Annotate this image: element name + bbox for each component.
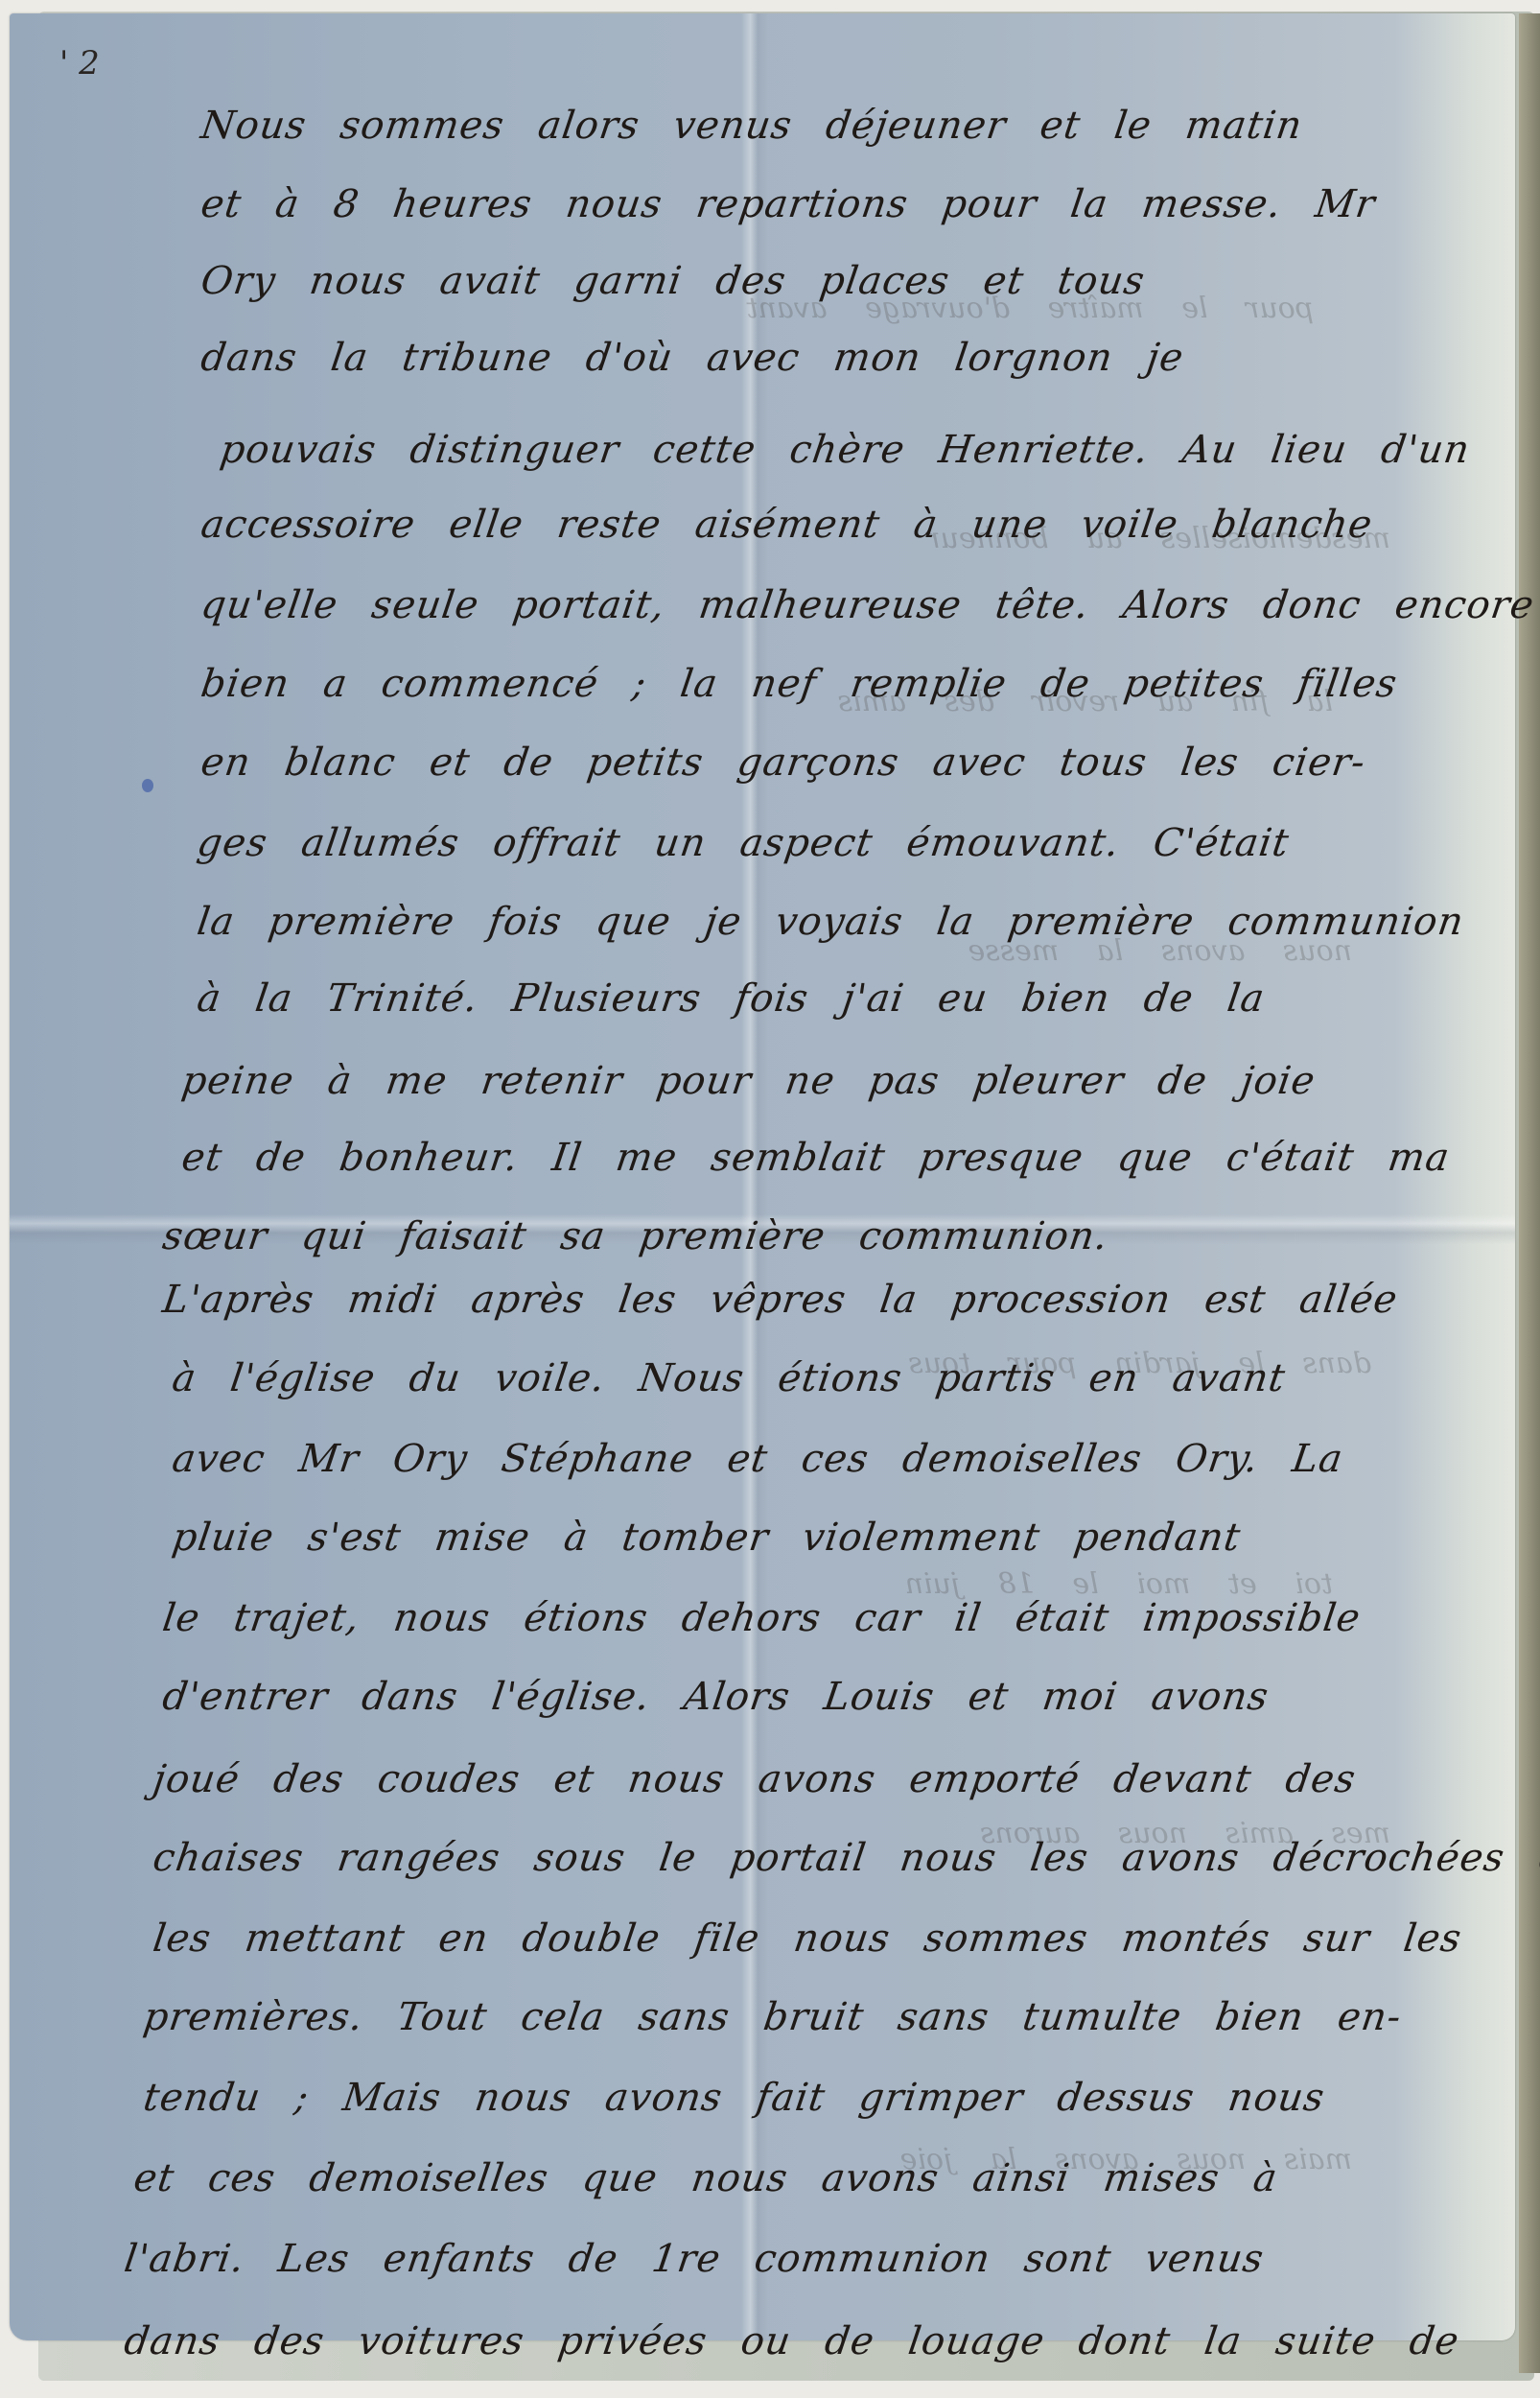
text-line: à la Trinité. Plusieurs fois j'ai eu bie… <box>195 976 1540 1021</box>
text-line: dans des voitures privées ou de louage d… <box>122 2319 1540 2363</box>
text-line: en blanc et de petits garçons avec tous … <box>198 741 1540 785</box>
text-line: d'entrer dans l'église. Alors Louis et m… <box>160 1675 1540 1719</box>
text-line: tendu ; Mais nous avons fait grimper des… <box>141 2076 1540 2120</box>
text-line: pluie s'est mise à tomber violemment pen… <box>170 1516 1540 1560</box>
text-line: L'après midi après les vêpres la process… <box>160 1278 1540 1322</box>
text-line: accessoire elle reste aisément à une voi… <box>198 503 1540 547</box>
text-line: dans la tribune d'où avec mon lorgnon je <box>198 336 1540 380</box>
text-line: chaises rangées sous le portail nous les… <box>151 1836 1540 1880</box>
text-line: ges allumés offrait un aspect émouvant. … <box>195 821 1540 865</box>
text-line: l'abri. Les enfants de 1re communion son… <box>122 2237 1540 2281</box>
letter-page: ' 2 pour le maître d'ouvrage avant mesde… <box>10 13 1515 2340</box>
text-line: et à 8 heures nous repartions pour la me… <box>198 182 1540 226</box>
handwritten-text: Nous sommes alors venus déjeuner et le m… <box>10 13 1515 2340</box>
text-line: Ory nous avait garni des places et tous <box>198 259 1540 303</box>
text-line: qu'elle seule portait, malheureuse tête.… <box>198 583 1540 627</box>
text-line: bien a commencé ; la nef remplie de peti… <box>198 662 1540 706</box>
text-line: avec Mr Ory Stéphane et ces demoiselles … <box>170 1437 1540 1481</box>
text-line: premières. Tout cela sans bruit sans tum… <box>141 1995 1540 2039</box>
text-line: peine à me retenir pour ne pas pleurer d… <box>179 1059 1540 1103</box>
text-line: la première fois que je voyais la premiè… <box>195 900 1540 944</box>
text-line: et de bonheur. Il me semblait presque qu… <box>179 1136 1540 1180</box>
text-line: Nous sommes alors venus déjeuner et le m… <box>198 104 1540 148</box>
text-line: sœur qui faisait sa première communion. <box>160 1214 1540 1258</box>
text-line: le trajet, nous étions dehors car il éta… <box>160 1596 1540 1640</box>
text-line: les mettant en double file nous sommes m… <box>151 1916 1540 1961</box>
text-line: à l'église du voile. Nous étions partis … <box>170 1356 1540 1400</box>
text-line: pouvais distinguer cette chère Henriette… <box>218 428 1540 472</box>
text-line: joué des coudes et nous avons emporté de… <box>151 1757 1540 1801</box>
text-line: et ces demoiselles que nous avons ainsi … <box>131 2156 1540 2200</box>
document-scan: ' 2 pour le maître d'ouvrage avant mesde… <box>0 0 1540 2398</box>
